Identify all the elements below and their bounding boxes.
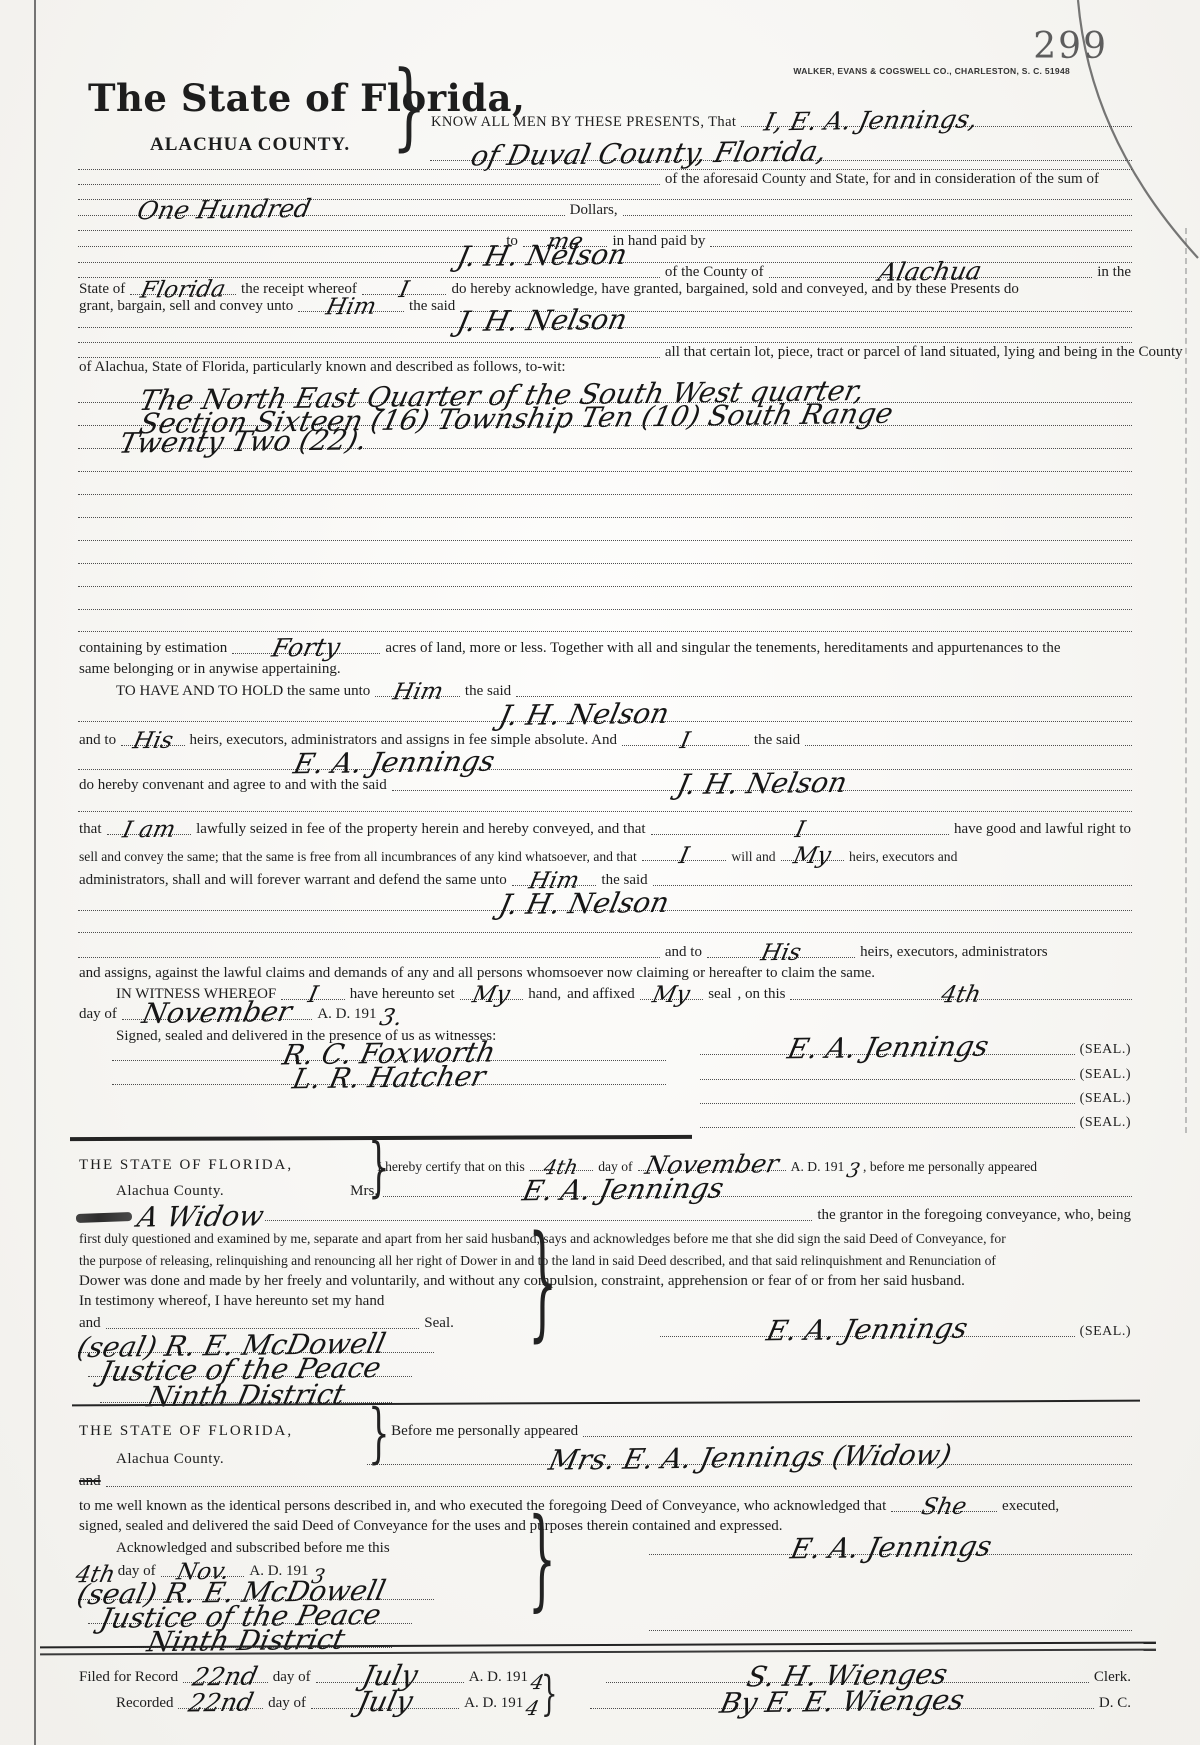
dotted-line (78, 606, 1132, 610)
county-title: ALACHUA COUNTY. (150, 134, 408, 156)
containing-label: containing by estimation (76, 641, 230, 657)
dotted-line (700, 1076, 1074, 1080)
dotted-line (78, 954, 660, 958)
day-of-label: day of (76, 1007, 120, 1023)
deputy-clerk-label: D. C. (1096, 1696, 1134, 1712)
in-the-label: in the (1094, 265, 1134, 281)
dotted-line (78, 468, 1132, 472)
masthead-brace: } (392, 50, 426, 160)
seal-label: (SEAL.) (1077, 1092, 1134, 1107)
to-have-clause: TO HAVE AND TO HOLD the same unto (76, 684, 373, 700)
the-said-label: the said (406, 299, 458, 315)
dotted-line (78, 227, 1132, 231)
before-clause: , before me personally appeared (860, 1160, 1040, 1174)
month-handwritten: November (140, 1001, 294, 1025)
grantor-seal-signature: E. A. Jennings (785, 1035, 990, 1060)
dotted-line (78, 808, 1132, 812)
ad-label: A. D. 191 (788, 1160, 848, 1174)
and-to-label: and to (76, 733, 119, 749)
affixed-label: and affixed (564, 987, 638, 1003)
description-line3-handwritten: Twenty Two (22). (117, 429, 369, 455)
grantor-clause: the grantor in the foregoing conveyance,… (814, 1208, 1134, 1224)
grantee-name-handwritten: J. H. Nelson (455, 308, 629, 333)
consideration-clause: of the aforesaid County and State, for a… (662, 172, 1102, 188)
dotted-line (78, 583, 1132, 587)
recorded-day-handwritten: 22nd (187, 1693, 255, 1714)
recorded-label: Recorded (76, 1696, 176, 1712)
recorded-year-handwritten: 4 (525, 1700, 541, 1716)
of-county-label: of the County of (662, 265, 767, 281)
grantor-name-handwritten: E. A. Jennings (292, 750, 497, 775)
seal-label: (SEAL.) (1077, 1043, 1134, 1058)
document-title: The State of Florida, (88, 76, 408, 120)
acknowledged-clause: Acknowledged and subscribed before me th… (76, 1541, 393, 1557)
dotted-line (78, 560, 1132, 564)
day-of-label: day of (595, 1160, 635, 1174)
dotted-line (805, 742, 1132, 746)
acres-clause: acres of land, more or less. Together wi… (382, 641, 1063, 657)
i-am-handwritten: I am (121, 820, 177, 839)
on-this-label: , on this (735, 987, 789, 1003)
scan-dashed-artifact (1185, 228, 1187, 1133)
grantee-name-handwritten: J. H. Nelson (675, 771, 849, 796)
administrators-clause: administrators, shall and will forever w… (76, 873, 510, 889)
the-said-label: the said (751, 733, 803, 749)
day-of-label: day of (265, 1696, 309, 1712)
witness-2-signature: L. R. Hatcher (291, 1065, 488, 1090)
acknowledge-clause: do hereby acknowledge, have granted, bar… (448, 282, 1021, 298)
testimony-clause: In testimony whereof, I have hereunto se… (76, 1294, 387, 1310)
seal-word-label: Seal. (421, 1316, 457, 1332)
ad-label: A. D. 191 (461, 1696, 526, 1712)
all-that-clause: all that certain lot, piece, tract or pa… (662, 345, 1186, 361)
seal-label: (SEAL.) (1077, 1325, 1134, 1340)
grant-clause: grant, bargain, sell and convey unto (76, 299, 296, 315)
him-handwritten: Him (391, 682, 444, 701)
sell-clause: sell and convey the same; that the same … (76, 850, 640, 864)
belonging-clause: same belonging or in anywise appertainin… (76, 662, 344, 678)
acknowledgment-brace: } (528, 1496, 556, 1624)
right-clause: have good and lawful right to (951, 822, 1134, 838)
dower-paragraph-3: Dower was done and made by her freely an… (76, 1274, 968, 1290)
and-to-label: and to (662, 945, 705, 961)
clerk-label: Clerk. (1091, 1670, 1134, 1686)
cert1-state-heading: THE STATE OF FLORIDA, (76, 1158, 296, 1174)
ad-label: A. D. 191 (466, 1670, 531, 1686)
recorded-month-handwritten: July (356, 1690, 415, 1713)
delivered-clause: signed, sealed and delivered the said De… (76, 1519, 786, 1535)
she-handwritten: She (920, 1497, 968, 1516)
presents-clause: KNOW ALL MEN BY THESE PRESENTS, That (428, 115, 739, 130)
filed-brace: } (541, 1668, 558, 1722)
him-handwritten: Him (324, 297, 377, 316)
dotted-line (78, 514, 1132, 518)
dotted-line (78, 354, 660, 358)
before-appeared-label: Before me personally appeared (388, 1424, 581, 1440)
amount-handwritten: One Hundred (136, 199, 313, 221)
the-said-label: the said (462, 684, 514, 700)
i-handwritten: I (678, 847, 691, 866)
that-label: that (76, 822, 105, 838)
will-and-label: will and (728, 850, 778, 864)
dotted-line (649, 1627, 1132, 1631)
hand-label: hand, (525, 987, 564, 1003)
to-wit-clause: of Alachua, State of Florida, particular… (76, 360, 569, 376)
dotted-line (700, 1124, 1074, 1128)
his-handwritten: His (759, 943, 802, 962)
dotted-line (710, 243, 1132, 247)
dotted-line (78, 243, 501, 247)
printer-mark: WALKER, EVANS & COGSWELL CO., CHARLESTON… (793, 66, 1070, 76)
dotted-line (78, 929, 1132, 933)
appearer-name-handwritten: E. A. Jennings (520, 1177, 725, 1202)
assigns-clause: and assigns, against the lawful claims a… (76, 966, 878, 982)
seal-label: (SEAL.) (1077, 1116, 1134, 1131)
struck-and-label: and (76, 1474, 104, 1490)
grantee-name-handwritten: J. H. Nelson (497, 702, 671, 727)
set-label: have hereunto set (347, 987, 458, 1003)
dotted-line (106, 1483, 1132, 1487)
i-handwritten: I (793, 821, 806, 840)
day-handwritten: 4th (940, 985, 983, 1004)
dotted-line (78, 166, 1132, 170)
executed-label: executed, (999, 1499, 1062, 1515)
filed-day-handwritten: 22nd (191, 1667, 259, 1688)
dotted-line (583, 1433, 1132, 1437)
dotted-line (78, 181, 660, 185)
grantor-seal-signature: E. A. Jennings (765, 1317, 970, 1342)
cert2-heading-brace: } (368, 1396, 390, 1472)
dotted-line (653, 882, 1132, 886)
day-of-label: day of (270, 1670, 314, 1686)
dotted-line (78, 339, 1132, 343)
i-handwritten: I (679, 732, 692, 751)
i-handwritten: I (306, 986, 319, 1005)
covenant-clause: do hereby convenant and agree to and wit… (76, 778, 390, 794)
heirs-label: heirs, executors and (846, 850, 960, 864)
heirs-label: heirs, executors, administrators (857, 945, 1050, 961)
seal-label: (SEAL.) (1077, 1068, 1134, 1083)
cert2-county-heading: Alachua County. (76, 1452, 227, 1468)
my-handwritten: My (792, 846, 833, 865)
dollars-label: Dollars, (567, 203, 621, 219)
grantor-signature: E. A. Jennings (788, 1535, 993, 1560)
known-clause: to me well known as the identical person… (76, 1499, 889, 1515)
state-of-label: State of (76, 282, 128, 298)
dotted-line (78, 537, 1132, 541)
filed-label: Filed for Record (76, 1670, 181, 1686)
scan-edge-line (34, 0, 36, 1745)
dotted-line (78, 628, 1132, 632)
dotted-line (700, 1100, 1074, 1104)
my-handwritten: My (471, 985, 512, 1004)
dotted-line (516, 693, 1132, 697)
dotted-line (78, 491, 1132, 495)
testimony-brace: } (528, 1208, 557, 1354)
page-number: 299 (1033, 26, 1108, 67)
his-handwritten: His (131, 731, 174, 750)
ad-label: A. D. 191 (314, 1007, 379, 1023)
cert2-state-heading: THE STATE OF FLORIDA, (76, 1424, 296, 1440)
and-label: and (76, 1316, 104, 1332)
deed-document-page: 299 WALKER, EVANS & COGSWELL CO., CHARLE… (0, 0, 1200, 1745)
my-handwritten: My (651, 985, 692, 1004)
acreage-handwritten: Forty (271, 638, 343, 659)
struck-out-word (76, 1212, 132, 1223)
county-handwritten: Alachua (877, 261, 984, 282)
seized-clause: lawfully seized in fee of the property h… (193, 822, 648, 838)
payer-name-handwritten: J. H. Nelson (455, 243, 629, 268)
grantee-name-handwritten: J. H. Nelson (497, 891, 671, 916)
certify-clause: I hereby certify that on this (374, 1160, 528, 1174)
deputy-clerk-signature: By E. E. Wienges (718, 1689, 966, 1715)
i-handwritten: I (398, 281, 411, 300)
cert1-heading-brace: } (368, 1130, 390, 1206)
state-handwritten: Florida (139, 280, 227, 300)
cert1-county-heading: Alachua County. (76, 1184, 227, 1200)
seal-label: seal (705, 987, 734, 1003)
dotted-line (623, 212, 1132, 216)
spacer (403, 1017, 1132, 1020)
